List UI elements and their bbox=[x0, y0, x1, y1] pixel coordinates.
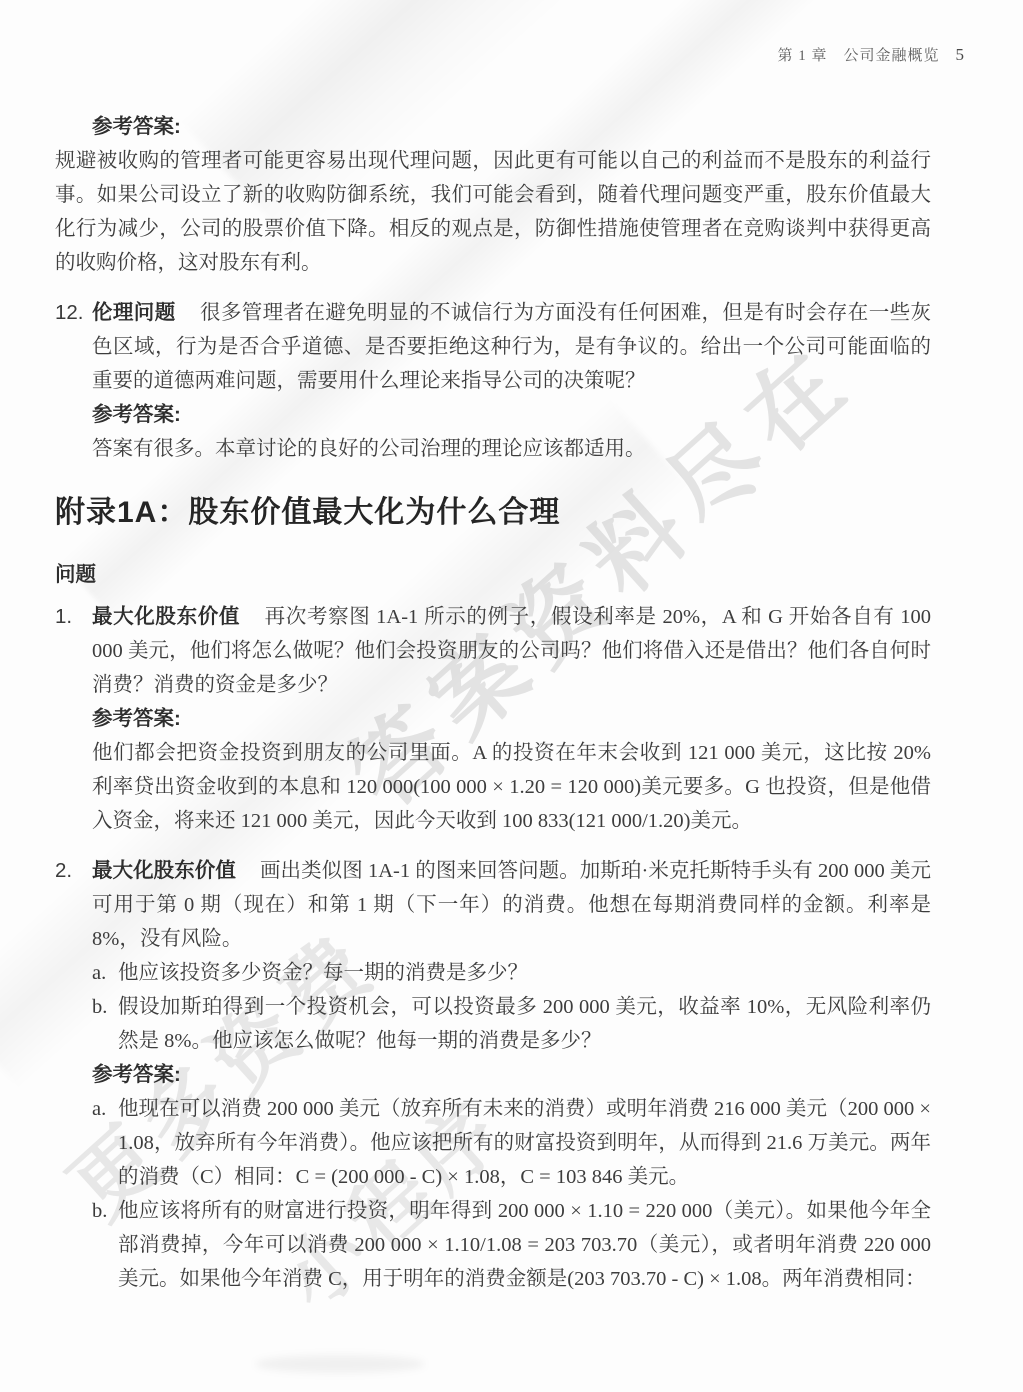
sub-answer-b: b. 他应该将所有的财富进行投资，明年得到 200 000 × 1.10 = 2… bbox=[92, 1194, 931, 1296]
chapter-title: 第 1 章 公司金融概览 bbox=[777, 48, 939, 64]
page-number: 5 bbox=[956, 45, 966, 64]
question-item-2: 2. 最大化股东价值画出类似图 1A-1 的图来回答问题。加斯珀·米克托斯特手头… bbox=[55, 854, 931, 1296]
page-content: 参考答案: 规避被收购的管理者可能更容易出现代理问题，因此更有可能以自己的利益而… bbox=[55, 110, 931, 1296]
sub-item-letter: b. bbox=[92, 990, 118, 1024]
question-text: 最大化股东价值画出类似图 1A-1 的图来回答问题。加斯珀·米克托斯特手头有 2… bbox=[92, 854, 931, 956]
scan-smudge bbox=[255, 1355, 425, 1373]
sub-question-text: 他应该投资多少资金？每一期的消费是多少？ bbox=[118, 956, 931, 990]
question-item-1: 1. 最大化股东价值再次考察图 1A-1 所示的例子，假设利率是 20%，A 和… bbox=[55, 600, 931, 838]
answer-paragraph: 规避被收购的管理者可能更容易出现代理问题，因此更有可能以自己的利益而不是股东的利… bbox=[55, 144, 931, 280]
questions-subhead: 问题 bbox=[55, 558, 931, 592]
question-item-12: 12. 伦理问题很多管理者在避免明显的不诚信行为方面没有任何困难，但是有时会存在… bbox=[55, 296, 931, 466]
textbook-page: 答案资料尽在 更多资费 小程序 第 1 章 公司金融概览5 参考答案: 规避被收… bbox=[0, 0, 1023, 1392]
question-title: 最大化股东价值 bbox=[92, 605, 240, 628]
reference-answer-label: 参考答案: bbox=[92, 398, 931, 432]
answer-paragraph: 他们都会把资金投资到朋友的公司里面。A 的投资在年末会收到 121 000 美元… bbox=[92, 736, 931, 838]
question-text: 伦理问题很多管理者在避免明显的不诚信行为方面没有任何困难，但是有时会存在一些灰色… bbox=[92, 296, 931, 398]
appendix-title: 附录1A：股东价值最大化为什么合理 bbox=[55, 493, 931, 533]
question-text: 最大化股东价值再次考察图 1A-1 所示的例子，假设利率是 20%，A 和 G … bbox=[92, 600, 931, 702]
question-body: 很多管理者在避免明显的不诚信行为方面没有任何困难，但是有时会存在一些灰色区域，行… bbox=[92, 302, 931, 392]
item-number: 12. bbox=[55, 296, 92, 330]
sub-question-b: b. 假设加斯珀得到一个投资机会，可以投资最多 200 000 美元，收益率 1… bbox=[92, 990, 931, 1058]
reference-answer-label: 参考答案: bbox=[92, 1058, 931, 1092]
sub-question-text: 假设加斯珀得到一个投资机会，可以投资最多 200 000 美元，收益率 10%，… bbox=[118, 990, 931, 1058]
question-title: 最大化股东价值 bbox=[92, 859, 236, 882]
item-number: 1. bbox=[55, 600, 92, 634]
sub-answer-text: 他应该将所有的财富进行投资，明年得到 200 000 × 1.10 = 220 … bbox=[118, 1194, 931, 1296]
sub-answer-a: a. 他现在可以消费 200 000 美元（放弃所有未来的消费）或明年消费 21… bbox=[92, 1092, 931, 1194]
reference-answer-label: 参考答案: bbox=[92, 110, 931, 144]
page-header: 第 1 章 公司金融概览5 bbox=[777, 44, 965, 65]
sub-question-a: a. 他应该投资多少资金？每一期的消费是多少？ bbox=[92, 956, 931, 990]
sub-item-letter: a. bbox=[92, 1092, 118, 1126]
sub-item-letter: a. bbox=[92, 956, 118, 990]
sub-item-letter: b. bbox=[92, 1194, 118, 1228]
sub-answer-text: 他现在可以消费 200 000 美元（放弃所有未来的消费）或明年消费 216 0… bbox=[118, 1092, 931, 1194]
answer-paragraph: 答案有很多。本章讨论的良好的公司治理的理论应该都适用。 bbox=[92, 432, 931, 466]
question-title: 伦理问题 bbox=[92, 301, 176, 324]
reference-answer-label: 参考答案: bbox=[92, 702, 931, 736]
item-number: 2. bbox=[55, 854, 92, 888]
